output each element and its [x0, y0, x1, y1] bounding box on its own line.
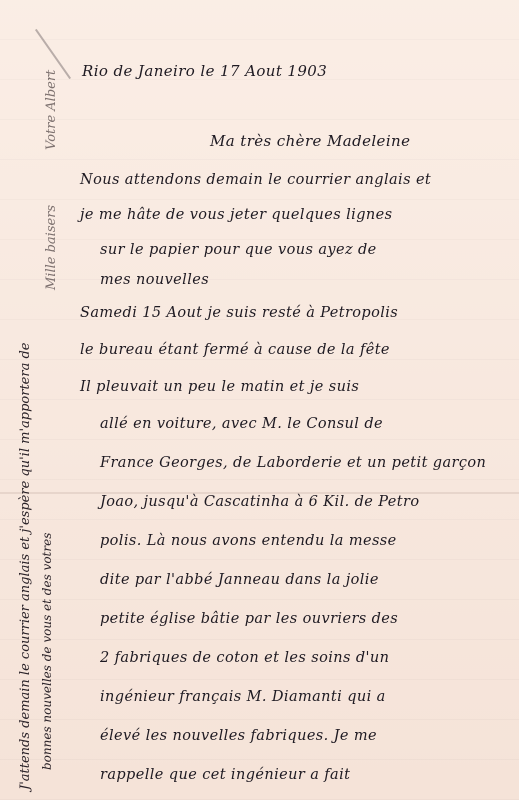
letter-line: polis. Là nous avons entendu la messe	[100, 533, 397, 549]
letter-line: 2 fabriques de coton et les soins d'un	[100, 650, 389, 666]
letter-line: mes nouvelles	[100, 272, 209, 288]
margin-closing: Mille baisers	[44, 205, 59, 290]
letter-line: France Georges, de Laborderie et un peti…	[100, 455, 486, 471]
letter-line: Nous attendons demain le courrier anglai…	[80, 172, 431, 188]
margin-note: J'attends demain le courrier anglais et …	[18, 343, 33, 791]
place-date: Rio de Janeiro le 17 Aout 1903	[82, 62, 327, 80]
letter-line: Samedi 15 Aout je suis resté à Petropoli…	[80, 305, 398, 321]
letter-line: élevé les nouvelles fabriques. Je me	[100, 728, 377, 744]
letter-line: dite par l'abbé Janneau dans la jolie	[100, 572, 379, 588]
letter-line: rappelle que cet ingénieur a fait	[100, 767, 350, 783]
letter-line: allé en voiture, avec M. le Consul de	[100, 416, 383, 432]
salutation: Ma très chère Madeleine	[210, 132, 410, 150]
letter-line: le bureau étant fermé à cause de la fête	[80, 342, 390, 358]
margin-note: bonnes nouvelles de vous et des votres	[40, 533, 54, 770]
margin-signature: Votre Albert	[44, 70, 59, 150]
letter-line: Joao, jusqu'à Cascatinha à 6 Kil. de Pet…	[100, 494, 419, 510]
letter-line: Il pleuvait un peu le matin et je suis	[80, 379, 359, 395]
letter-page: Rio de Janeiro le 17 Aout 1903 Ma très c…	[0, 0, 519, 800]
letter-line: sur le papier pour que vous ayez de	[100, 242, 377, 258]
letter-line: ingénieur français M. Diamanti qui a	[100, 689, 386, 705]
letter-line: je me hâte de vous jeter quelques lignes	[80, 207, 392, 223]
letter-line: petite église bâtie par les ouvriers des	[100, 611, 398, 627]
